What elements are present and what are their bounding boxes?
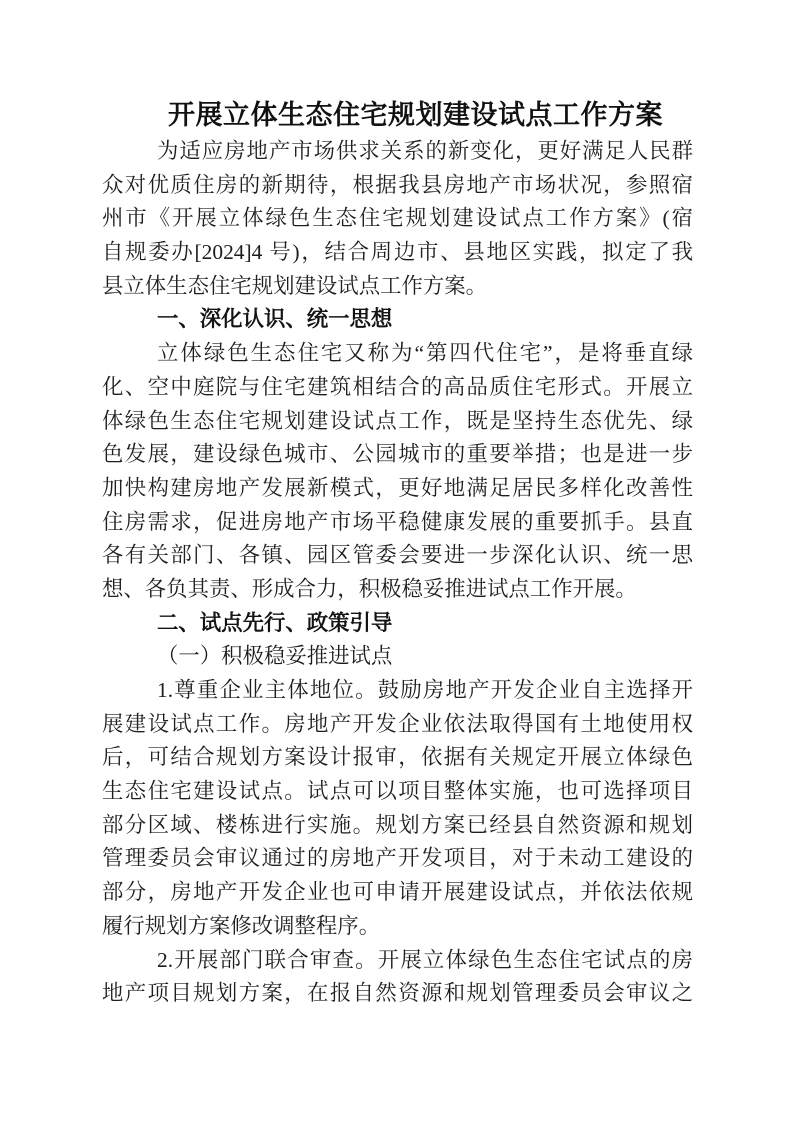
paragraph-line: 住房需求，促进房地产市场平稳健康发展的重要抓手。县直: [102, 506, 693, 540]
document-content: 开展立体生态住宅规划建设试点工作方案 为适应房地产市场供求关系的新变化，更好满足…: [102, 95, 693, 1011]
subsection-heading: （一）积极稳妥推进试点: [102, 640, 693, 674]
document-page: 开展立体生态住宅规划建设试点工作方案 为适应房地产市场供求关系的新变化，更好满足…: [0, 0, 793, 1122]
paragraph-line: 后，可结合规划方案设计报审，依据有关规定开展立体绿色: [102, 741, 693, 775]
paragraph-line: 生态住宅建设试点。试点可以项目整体实施，也可选择项目: [102, 775, 693, 809]
document-title: 开展立体生态住宅规划建设试点工作方案: [102, 95, 693, 135]
paragraph-line: 加快构建房地产发展新模式，更好地满足居民多样化改善性: [102, 472, 693, 506]
paragraph-line: 色发展，建设绿色城市、公园城市的重要举措；也是进一步: [102, 438, 693, 472]
paragraph-line: 体绿色生态住宅规划建设试点工作，既是坚持生态优先、绿: [102, 405, 693, 439]
paragraph-line: 想、各负其责、形成合力，积极稳妥推进试点工作开展。: [102, 573, 693, 607]
paragraph-line: 管理委员会审议通过的房地产开发项目，对于未动工建设的: [102, 842, 693, 876]
paragraph-line: 地产项目规划方案，在报自然资源和规划管理委员会审议之: [102, 977, 693, 1011]
paragraph-line: 部分，房地产开发企业也可申请开展建设试点，并依法依规: [102, 876, 693, 910]
paragraph-line: 立体绿色生态住宅又称为“第四代住宅”，是将垂直绿: [102, 337, 693, 371]
paragraph-line: 各有关部门、各镇、园区管委会要进一步深化认识、统一思: [102, 539, 693, 573]
paragraph-line: 展建设试点工作。房地产开发企业依法取得国有土地使用权: [102, 708, 693, 742]
paragraph-line: 州市《开展立体绿色生态住宅规划建设试点工作方案》(宿: [102, 202, 693, 236]
section-heading-two: 二、试点先行、政策引导: [102, 607, 693, 641]
section-heading-one: 一、深化认识、统一思想: [102, 303, 693, 337]
paragraph-line: 县立体生态住宅规划建设试点工作方案。: [102, 270, 693, 304]
paragraph-line: 化、空中庭院与住宅建筑相结合的高品质住宅形式。开展立: [102, 371, 693, 405]
paragraph-line: 1.尊重企业主体地位。鼓励房地产开发企业自主选择开: [102, 674, 693, 708]
paragraph-line: 众对优质住房的新期待，根据我县房地产市场状况，参照宿: [102, 169, 693, 203]
paragraph-line: 部分区域、楼栋进行实施。规划方案已经县自然资源和规划: [102, 809, 693, 843]
paragraph-line: 为适应房地产市场供求关系的新变化，更好满足人民群: [102, 135, 693, 169]
paragraph-line: 履行规划方案修改调整程序。: [102, 910, 693, 944]
paragraph-line: 自规委办[2024]4 号)，结合周边市、县地区实践，拟定了我: [102, 236, 693, 270]
paragraph-line: 2.开展部门联合审查。开展立体绿色生态住宅试点的房: [102, 944, 693, 978]
